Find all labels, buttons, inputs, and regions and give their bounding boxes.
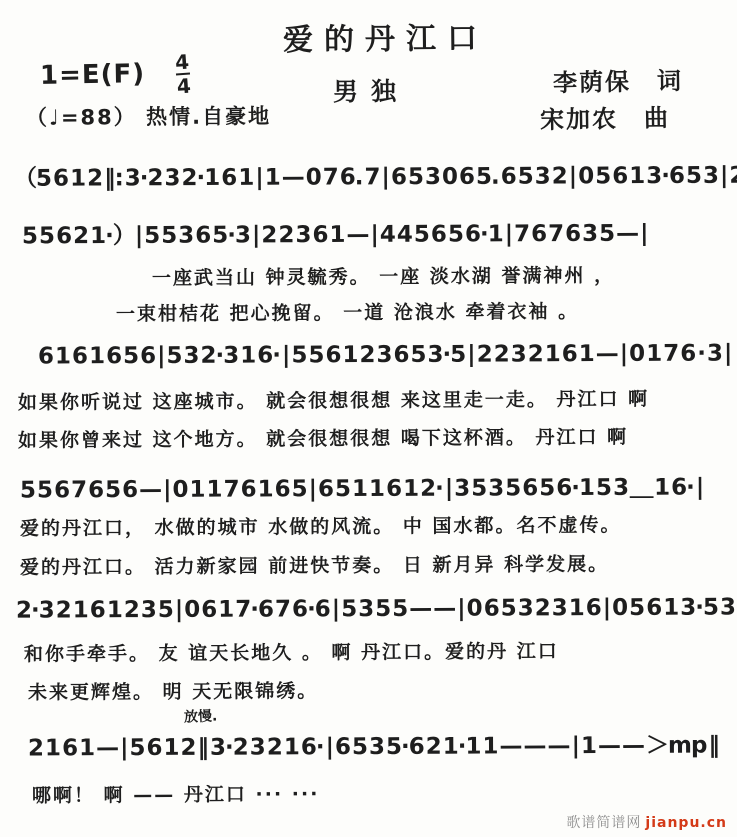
lyrics-line-8: 未来更辉煌。 明 天无限锦绣。 (28, 676, 318, 705)
time-signature: 4 4 (174, 52, 191, 97)
time-signature-bottom: 4 (176, 76, 191, 97)
lyricist-name: 李荫保 (553, 68, 631, 97)
notation-line-5: 2·3 2 1 6 1 2 3 5 | 0 6 1 7·6 7 6·6 | 5 … (16, 594, 737, 623)
song-title: 爱的丹江口 (283, 13, 488, 59)
notation-line-6: 2 1 6 1 — | 5 6 1 2 ‖ 3·2 3 2 1 6· | 6 5… (28, 726, 719, 762)
lyrics-line-1: 一座武当山 钟灵毓秀。 一座 淡水湖 誉满神州 ， (152, 261, 615, 291)
composer-name: 宋加农 (540, 105, 618, 134)
notation-line-4: 5 5 6 7 6 5 6 — | 0 1 1 7 6 1 6 5 | 6 5 … (20, 469, 703, 505)
lyricist-role: 词 (657, 67, 683, 95)
lyricist-credit: 李荫保词 (553, 61, 684, 98)
ritardando-annotation: 放慢. (184, 705, 218, 726)
watermark: 歌谱简谱网jianpu.cn (566, 812, 727, 832)
lyrics-line-6: 爱的丹江口。 活力新家园 前进快节奏。 日 新月异 科学发展。 (20, 549, 609, 580)
lyrics-line-7: 和你手牵手。 友 谊天长地久 。 啊 丹江口。爱的丹 江口 (24, 636, 559, 666)
watermark-site-domain: jianpu.cn (645, 815, 727, 831)
sheet-music-page: 爱的丹江口 1=E(F) 4 4 男独 李荫保词 （♩=88） 热情.自豪地 宋… (0, 0, 737, 837)
time-signature-top: 4 (174, 52, 189, 73)
lyrics-line-9: 哪啊！ 啊 —— 丹江口 ··· ··· (32, 779, 320, 808)
watermark-site-name: 歌谱简谱网 (566, 815, 641, 831)
tempo-marking: （♩=88） 热情.自豪地 (26, 100, 271, 132)
lyrics-line-4: 如果你曾来过 这个地方。 就会很想很想 喝下这杯酒。 丹江口 啊 (18, 422, 628, 453)
notation-line-2: 5 5 6 2 1·）| 5 5 3 6 5·3 | 2 2 3 6 1 — |… (22, 215, 648, 251)
lyrics-line-3: 如果你听说过 这座城市。 就会很想很想 来这里走一走。 丹江口 啊 (18, 384, 649, 415)
voice-type-label: 男独 (333, 72, 409, 109)
lyrics-line-5: 爱的丹江口， 水做的城市 水做的风流。 中 国水都。名不虚传。 (20, 510, 622, 541)
notation-line-1: （5 6 1 2 ‖: 3·2 3 2·1 6 1 | 1 — 0 7 6. 7… (14, 156, 737, 193)
key-signature: 1=E(F) (40, 59, 146, 91)
composer-role: 曲 (644, 104, 670, 132)
composer-credit: 宋加农曲 (540, 98, 671, 135)
notation-line-3: 6 1 6 1 6 5 6 | 5 3 2·3 1 6· | 5 5 6 1 2… (38, 340, 731, 369)
lyrics-line-2: 一束柑桔花 把心挽留。 一道 沧浪水 牵着衣袖 。 (116, 297, 579, 327)
